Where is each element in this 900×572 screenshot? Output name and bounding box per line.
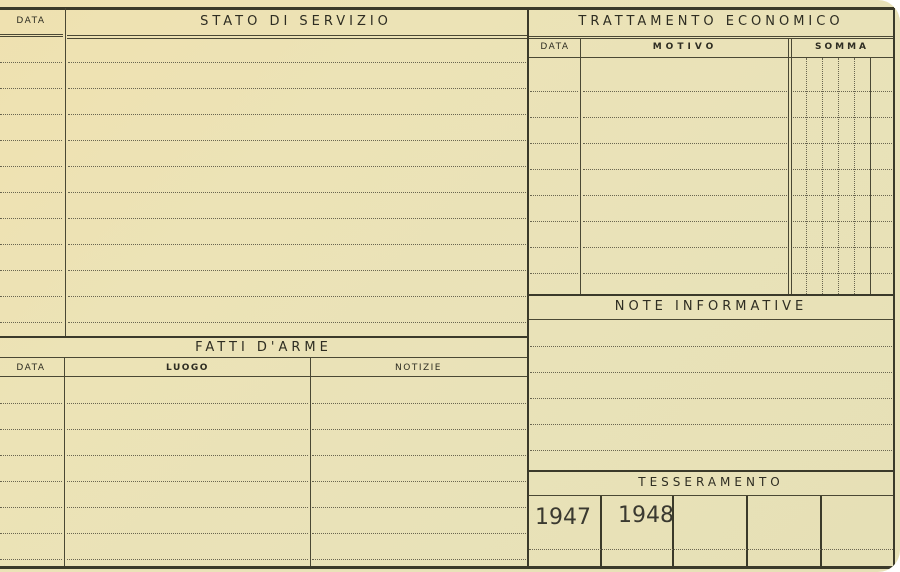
dotted-rule	[793, 195, 892, 196]
dotted-rule	[583, 143, 787, 144]
note-header-line	[529, 319, 893, 320]
dotted-rule	[67, 481, 308, 482]
dotted-rule	[793, 143, 892, 144]
dotted-rule	[530, 117, 578, 118]
dotted-rule	[0, 559, 62, 560]
dotted-rule	[0, 403, 62, 404]
dotted-rule	[67, 403, 308, 404]
stato-col-data: DATA	[0, 16, 62, 26]
dotted-rule	[793, 221, 892, 222]
dotted-rule	[68, 270, 526, 271]
dotted-rule	[530, 91, 578, 92]
stato-col-divider	[65, 8, 66, 336]
trattamento-header-line	[529, 38, 893, 39]
dotted-rule	[0, 244, 62, 245]
dotted-rule	[312, 481, 526, 482]
dotted-rule	[312, 533, 526, 534]
dotted-rule	[583, 247, 787, 248]
dotted-rule	[68, 192, 526, 193]
dotted-rule	[67, 455, 308, 456]
dotted-rule	[793, 91, 892, 92]
dotted-rule	[312, 403, 526, 404]
tesseramento-year-1947: 1947	[535, 505, 591, 530]
dotted-rule	[312, 455, 526, 456]
dotted-rule	[0, 429, 62, 430]
stato-title: STATO DI SERVIZIO	[66, 14, 526, 29]
dotted-rule	[0, 322, 62, 323]
dotted-rule	[0, 533, 62, 534]
stato-header-line	[0, 36, 63, 37]
somma-digit-guide	[838, 58, 839, 294]
trattamento-col-divider-2b	[791, 39, 792, 294]
bottom-border	[0, 566, 894, 569]
somma-decimal-divider	[870, 58, 871, 294]
tesseramento-divider	[600, 496, 602, 566]
note-title: NOTE INFORMATIVE	[529, 299, 893, 314]
dotted-rule	[0, 114, 62, 115]
trattamento-col-motivo: MOTIVO	[582, 42, 788, 52]
somma-digit-guide	[806, 58, 807, 294]
dotted-rule	[530, 273, 578, 274]
right-border	[893, 8, 895, 568]
tesseramento-divider	[746, 496, 748, 566]
fatti-col-notizie: NOTIZIE	[310, 363, 527, 373]
top-border	[0, 7, 894, 10]
dotted-rule	[583, 117, 787, 118]
dotted-rule	[0, 218, 62, 219]
fatti-col-luogo: LUOGO	[65, 363, 310, 373]
somma-digit-guide	[822, 58, 823, 294]
dotted-rule	[0, 270, 62, 271]
dotted-rule	[583, 273, 787, 274]
dotted-rule	[793, 117, 892, 118]
fatti-header-line	[0, 357, 527, 358]
dotted-rule	[0, 192, 62, 193]
dotted-rule	[530, 143, 578, 144]
dotted-rule	[583, 91, 787, 92]
dotted-rule	[583, 169, 787, 170]
tesseramento-top-line	[529, 470, 893, 472]
fatti-col-data: DATA	[0, 363, 62, 373]
dotted-rule	[530, 221, 578, 222]
dotted-rule	[0, 88, 62, 89]
dotted-rule	[530, 372, 892, 373]
dotted-rule	[530, 450, 892, 451]
dotted-rule	[312, 559, 526, 560]
dotted-rule	[67, 559, 308, 560]
dotted-rule	[68, 88, 526, 89]
dotted-rule	[0, 140, 62, 141]
dotted-rule	[68, 62, 526, 63]
tesseramento-title: TESSERAMENTO	[529, 475, 893, 489]
dotted-rule	[530, 346, 892, 347]
fatti-col-divider-1	[64, 358, 65, 566]
dotted-rule	[0, 166, 62, 167]
dotted-rule	[68, 114, 526, 115]
somma-digit-guide	[854, 58, 855, 294]
stato-header-line	[0, 34, 63, 35]
trattamento-title: TRATTAMENTO ECONOMICO	[529, 14, 893, 29]
trattamento-col-divider-2	[788, 39, 789, 294]
dotted-rule	[68, 166, 526, 167]
fatti-top-line	[0, 336, 527, 338]
dotted-rule	[0, 296, 62, 297]
dotted-rule	[68, 140, 526, 141]
dotted-rule	[67, 533, 308, 534]
stato-header-line	[67, 38, 527, 39]
dotted-rule	[68, 218, 526, 219]
dotted-rule	[530, 195, 578, 196]
trattamento-header-line	[529, 36, 893, 37]
fatti-title: FATTI D'ARME	[0, 340, 527, 355]
dotted-rule	[67, 507, 308, 508]
dotted-rule	[68, 296, 526, 297]
dotted-rule	[793, 247, 892, 248]
dotted-rule	[793, 273, 892, 274]
dotted-rule	[0, 455, 62, 456]
trattamento-col-data: DATA	[530, 42, 580, 52]
dotted-rule	[583, 195, 787, 196]
dotted-rule	[68, 322, 526, 323]
dotted-rule	[67, 429, 308, 430]
tesseramento-divider	[820, 496, 822, 566]
trattamento-col-divider-1	[580, 39, 581, 294]
note-top-line	[529, 294, 893, 296]
dotted-rule	[0, 507, 62, 508]
dotted-rule	[312, 429, 526, 430]
tesseramento-header-line	[529, 495, 893, 496]
fatti-col-divider-2	[310, 358, 311, 566]
dotted-rule	[793, 169, 892, 170]
dotted-rule	[530, 247, 578, 248]
service-record-card: DATA STATO DI SERVIZIO FATTI D'ARME DATA…	[0, 0, 900, 572]
fatti-subheader-line	[0, 376, 527, 377]
tesseramento-year-1948: 1948	[618, 503, 674, 528]
dotted-rule	[530, 424, 892, 425]
dotted-rule	[0, 62, 62, 63]
dotted-rule	[583, 221, 787, 222]
trattamento-col-somma: SOMMA	[792, 42, 892, 52]
dotted-rule	[0, 481, 62, 482]
dotted-rule	[312, 507, 526, 508]
dotted-rule	[530, 398, 892, 399]
tesseramento-dotted-line	[529, 549, 893, 550]
stato-header-line	[67, 35, 527, 36]
dotted-rule	[530, 169, 578, 170]
dotted-rule	[68, 244, 526, 245]
